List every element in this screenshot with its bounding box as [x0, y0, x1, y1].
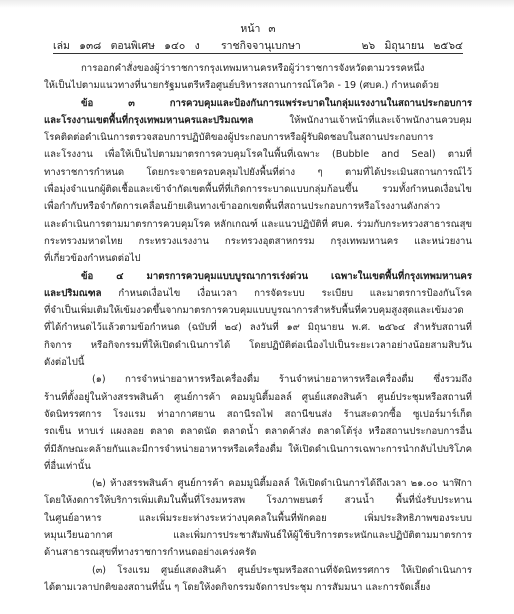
text-line: และโรงงาน เพื่อให้เป็นไปตามมาตรการควบคุม…: [44, 146, 472, 163]
line-text: (๒) ห้างสรรพสินค้า ศูนย์การค้า คอมมูนิตี…: [92, 478, 472, 489]
line-text: ที่ได้กำหนดไว้แล้วตามข้อกำหนด (ฉบับที่ ๒…: [44, 322, 472, 333]
line-text: กำหนดเงื่อนไข เงื่อนเวลา การจัดระบบ ระเบ…: [102, 288, 472, 299]
text-line: ร้านที่ตั้งอยู่ในห้างสรรพสินค้า ศูนย์การ…: [44, 389, 472, 406]
text-line: ข้อ ๔ มาตรการควบคุมแบบบูรณาการเร่งด่วน เ…: [44, 268, 472, 285]
bold-heading: ข้อ ๔ มาตรการควบคุมแบบบูรณาการเร่งด่วน เ…: [81, 271, 472, 282]
line-text: และโรงงาน เพื่อให้เป็นไปตามมาตรการควบคุม…: [44, 149, 472, 160]
text-line: เพื่อกำกับหรือจำกัดการเคลื่อนย้ายเดินทาง…: [44, 198, 472, 215]
text-line: ทางราชการกำหนด โดยกระจายครอบคลุมไปยังพื้…: [44, 164, 472, 181]
bold-heading: และโรงงานเขตพื้นที่กรุงเทพมหานครและปริมณ…: [44, 115, 253, 126]
text-line: ที่จำเป็นเพิ่มเติมให้เข้มงวดขึ้นจากมาตรก…: [44, 302, 472, 319]
line-text: หมุนเวียนอากาศ และเพิ่มการประชาสัมพันธ์ใ…: [44, 530, 472, 541]
line-text: ที่มีลักษณะคล้ายกันและมีการจำหน่ายอาหารห…: [44, 444, 472, 455]
line-text: ที่จำเป็นเพิ่มเติมให้เข้มงวดขึ้นจากมาตรก…: [44, 305, 464, 316]
line-text: ที่อื่นเท่านั้น: [44, 461, 91, 472]
line-text: ในศูนย์อาหาร และเพิ่มระยะห่างระหว่างบุคค…: [44, 513, 472, 524]
page-number: ๓: [268, 23, 275, 35]
text-line: และโรงงานเขตพื้นที่กรุงเทพมหานครและปริมณ…: [44, 112, 472, 129]
document-body: การออกคำสั่งของผู้ว่าราชการกรุงเทพมหานคร…: [44, 60, 472, 596]
line-text: กิจการ หรือกิจกรรมที่ให้เปิดดำเนินการได้…: [44, 340, 472, 351]
line-text: ได้ตามเวลาปกติของสถานที่นั้น ๆ โดยให้งดก…: [44, 582, 430, 593]
text-line: ในศูนย์อาหาร และเพิ่มระยะห่างระหว่างบุคค…: [44, 510, 472, 527]
line-text: จัดนิทรรศการ โรงแรม ท่าอากาศยาน สถานีรถไ…: [44, 409, 472, 420]
line-text: โรคติดต่อดำเนินการตรวจสอบการปฏิบัติของผู…: [44, 132, 433, 143]
text-line: กระทรวงมหาดไทย กระทรวงแรงงาน กระทรวงอุตส…: [44, 233, 472, 250]
text-line: ดังต่อไปนี้: [44, 354, 472, 371]
line-text: ทางราชการกำหนด โดยกระจายครอบคลุมไปยังพื้…: [44, 167, 472, 178]
line-text: เพื่อมุ่งจำแนกผู้ติดเชื้อและเข้าจำกัดเขต…: [44, 184, 472, 195]
gazette-header: เล่ม ๑๓๘ ตอนพิเศษ ๑๔๐ ง ราชกิจจานุเบกษา …: [53, 37, 463, 54]
line-text: ให้เป็นไปตามแนวทางที่นายกรัฐมนตรีหรือศูน…: [44, 80, 439, 91]
text-line: ที่มีลักษณะคล้ายกันและมีการจำหน่ายอาหารห…: [44, 441, 472, 458]
bold-heading: ข้อ ๓ การควบคุมและป้องกันการแพร่ระบาดในก…: [81, 98, 472, 109]
line-text: ด้านสาธารณสุขที่ทางราชการกำหนดอย่างเคร่ง…: [44, 547, 256, 558]
text-line: ข้อ ๓ การควบคุมและป้องกันการแพร่ระบาดในก…: [44, 95, 472, 112]
line-text: รถเข็น หาบเร่ แผงลอย ตลาด ตลาดนัด ตลาดน้…: [44, 426, 472, 437]
text-line: ที่ได้กำหนดไว้แล้วตามข้อกำหนด (ฉบับที่ ๒…: [44, 319, 472, 336]
line-text: ร้านที่ตั้งอยู่ในห้างสรรพสินค้า ศูนย์การ…: [44, 392, 472, 403]
text-line: โรคติดต่อดำเนินการตรวจสอบการปฏิบัติของผู…: [44, 129, 472, 146]
viewer-top-shadow: [0, 0, 514, 8]
text-line: ด้านสาธารณสุขที่ทางราชการกำหนดอย่างเคร่ง…: [44, 544, 472, 561]
line-text: เพื่อกำกับหรือจำกัดการเคลื่อนย้ายเดินทาง…: [44, 201, 440, 212]
publication-name: ราชกิจจานุเบกษา: [221, 37, 301, 54]
line-text: ให้พนักงานเจ้าหน้าที่และเจ้าพนักงานควบคุ…: [253, 115, 472, 126]
text-line: (๑) การจำหน่ายอาหารหรือเครื่องดื่ม ร้านจ…: [44, 371, 472, 388]
line-text: โดยให้งดการให้บริการเพิ่มเติมในพื้นที่โร…: [44, 495, 472, 506]
line-text: กระทรวงมหาดไทย กระทรวงแรงงาน กระทรวงอุตส…: [44, 236, 472, 247]
text-line: (๒) ห้างสรรพสินค้า ศูนย์การค้า คอมมูนิตี…: [44, 475, 472, 492]
text-line: หมุนเวียนอากาศ และเพิ่มการประชาสัมพันธ์ใ…: [44, 527, 472, 544]
volume-issue: เล่ม ๑๓๘ ตอนพิเศษ ๑๔๐ ง: [53, 37, 200, 54]
text-line: และดำเนินการตามมาตรการควบคุมโรค หลักเกณฑ…: [44, 216, 472, 233]
text-line: จัดนิทรรศการ โรงแรม ท่าอากาศยาน สถานีรถไ…: [44, 406, 472, 423]
line-text: และดำเนินการตามมาตรการควบคุมโรค หลักเกณฑ…: [44, 219, 472, 230]
text-line: รถเข็น หาบเร่ แผงลอย ตลาด ตลาดนัด ตลาดน้…: [44, 423, 472, 440]
line-text: การออกคำสั่งของผู้ว่าราชการกรุงเทพมหานคร…: [81, 63, 424, 74]
page-number-line: หน้า๓: [53, 20, 463, 37]
text-line: ให้เป็นไปตามแนวทางที่นายกรัฐมนตรีหรือศูน…: [44, 77, 472, 94]
line-text: (๑) การจำหน่ายอาหารหรือเครื่องดื่ม ร้านจ…: [92, 374, 472, 385]
text-line: ได้ตามเวลาปกติของสถานที่นั้น ๆ โดยให้งดก…: [44, 579, 472, 596]
text-line: ที่อื่นเท่านั้น: [44, 458, 472, 475]
text-line: เพื่อมุ่งจำแนกผู้ติดเชื้อและเข้าจำกัดเขต…: [44, 181, 472, 198]
text-line: โดยให้งดการให้บริการเพิ่มเติมในพื้นที่โร…: [44, 492, 472, 509]
page-label: หน้า: [240, 23, 260, 35]
line-text: ดังต่อไปนี้: [44, 357, 84, 368]
text-line: การออกคำสั่งของผู้ว่าราชการกรุงเทพมหานคร…: [44, 60, 472, 77]
line-text: (๓) โรงแรม ศูนย์แสดงสินค้า ศูนย์ประชุมหร…: [92, 565, 472, 576]
text-line: กิจการ หรือกิจกรรมที่ให้เปิดดำเนินการได้…: [44, 337, 472, 354]
text-line: ที่เกี่ยวข้องกำหนดต่อไป: [44, 250, 472, 267]
text-line: และปริมณฑล กำหนดเงื่อนไข เงื่อนเวลา การจ…: [44, 285, 472, 302]
publication-date: ๒๖ มิถุนายน ๒๕๖๔: [362, 37, 463, 54]
line-text: ที่เกี่ยวข้องกำหนดต่อไป: [44, 253, 141, 264]
text-line: (๓) โรงแรม ศูนย์แสดงสินค้า ศูนย์ประชุมหร…: [44, 562, 472, 579]
bold-heading: และปริมณฑล: [44, 288, 102, 299]
